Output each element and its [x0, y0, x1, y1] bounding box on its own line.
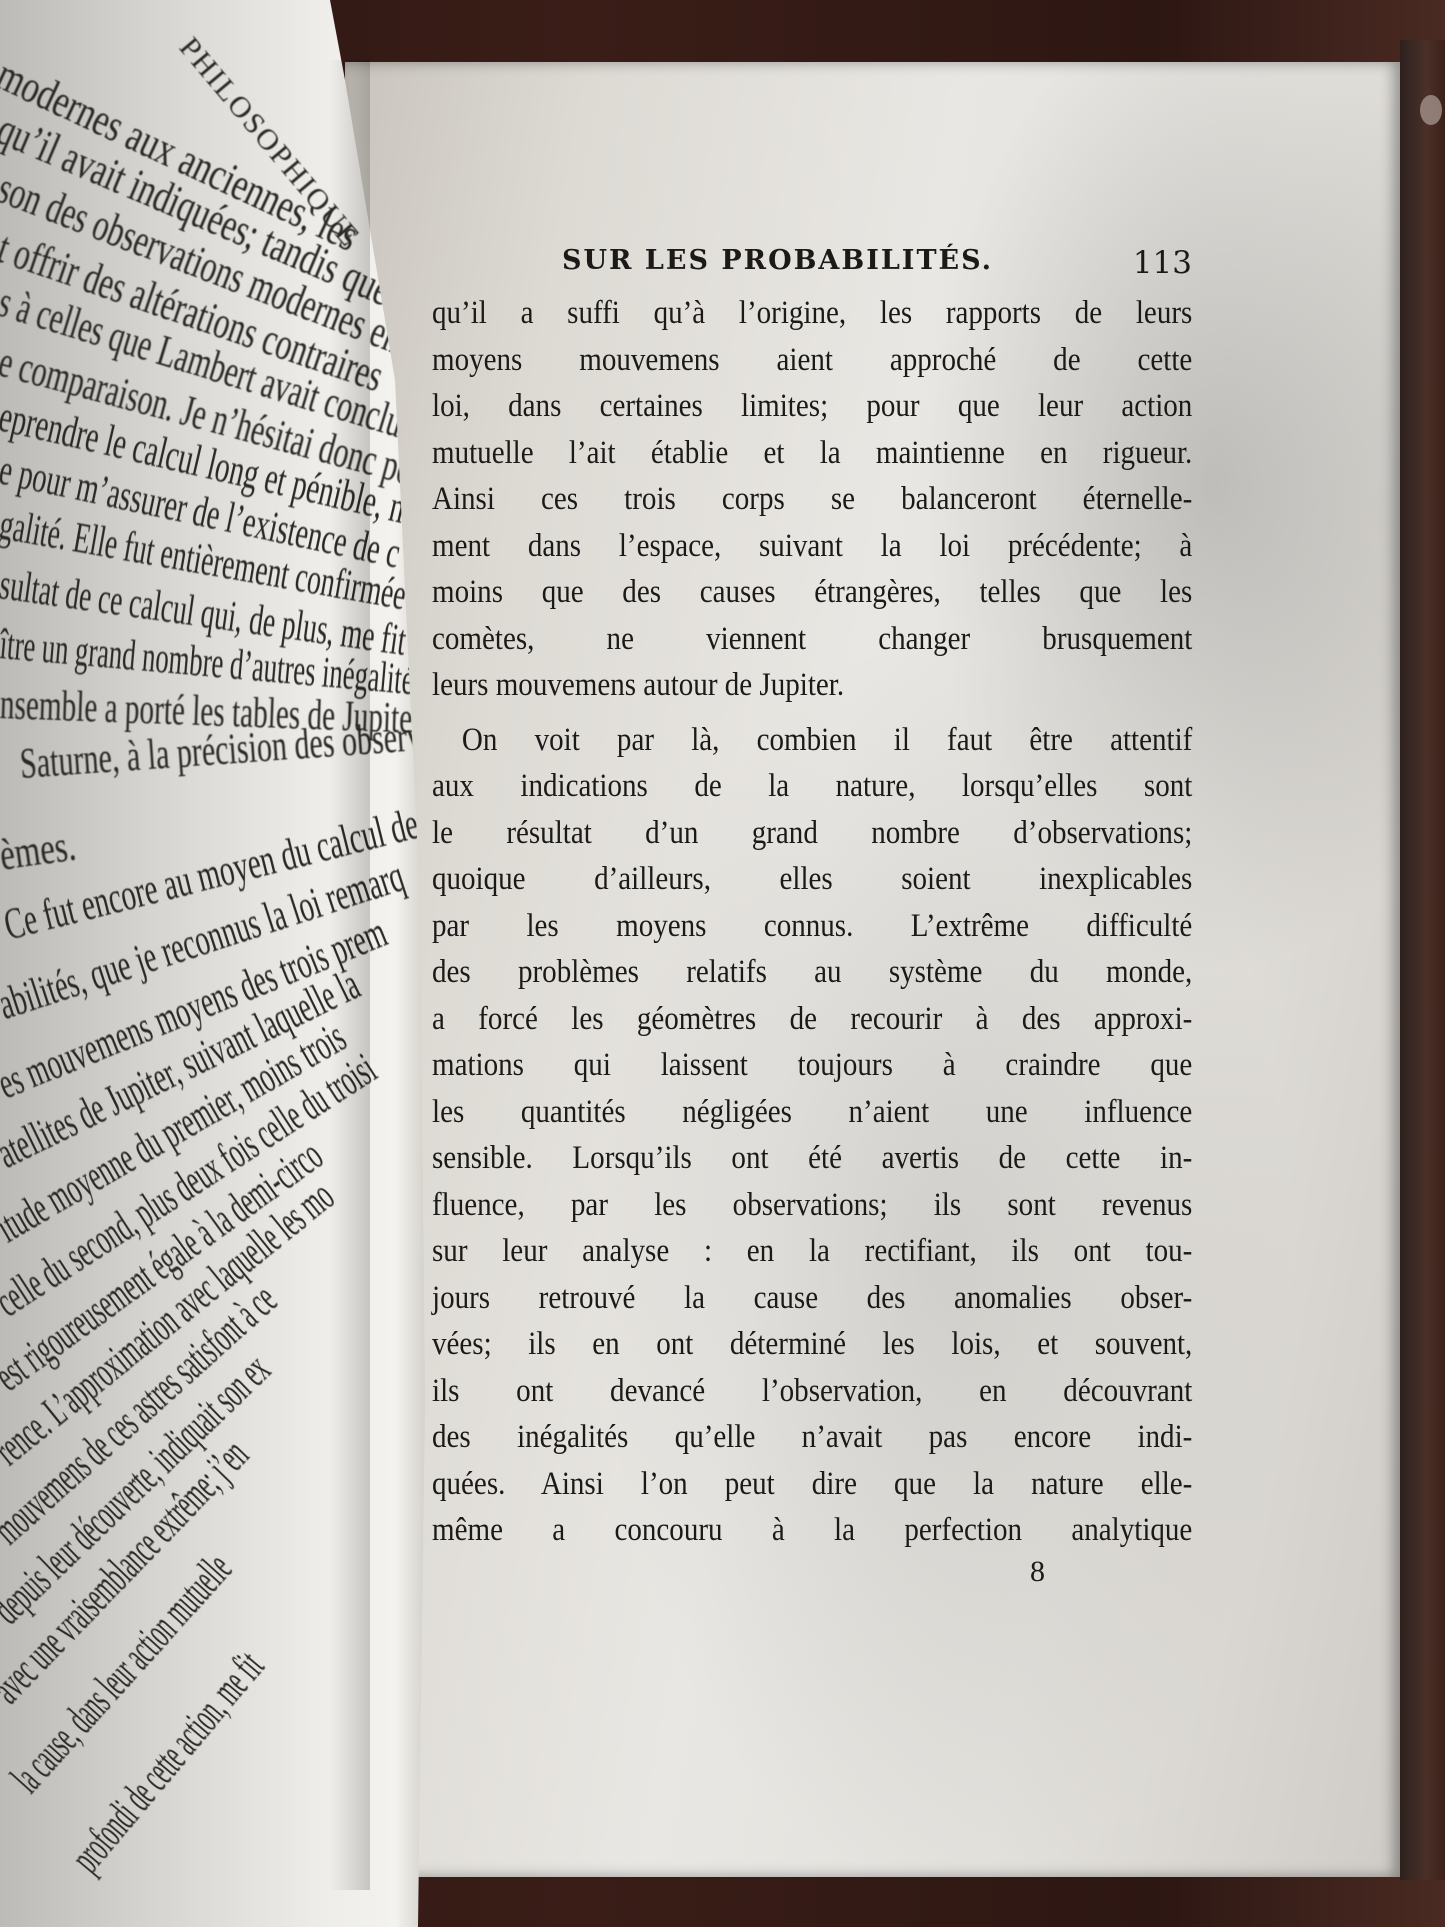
text-line: vées; ils en ont déterminé les lois, et … — [432, 1321, 1192, 1368]
text-line: aux indications de la nature, lorsqu’ell… — [432, 763, 1192, 810]
text-line: même a concouru à la perfection analytiq… — [432, 1507, 1192, 1554]
text-line: sensible. Lorsqu’ils ont été avertis de … — [432, 1135, 1192, 1182]
paragraph-start-line: On voit par là, combien il faut être att… — [432, 717, 1192, 764]
text-line: fluence, par les observations; ils sont … — [432, 1182, 1192, 1229]
text-line: Ainsi ces trois corps se balanceront éte… — [432, 476, 1192, 523]
running-head: SUR LES PROBABILITÉS. 113 — [432, 245, 1192, 290]
text-line: comètes, ne viennent changer brusquement — [432, 616, 1192, 663]
text-line: mutuelle l’ait établie et la maintienne … — [432, 430, 1192, 477]
text-line: qu’il a suffi qu’à l’origine, les rappor… — [432, 290, 1192, 337]
right-page-text: SUR LES PROBABILITÉS. 113 qu’il a suffi … — [432, 245, 1192, 1554]
text-line: des inégalités qu’elle n’avait pas encor… — [432, 1414, 1192, 1461]
cover-wear-spot — [1420, 95, 1442, 125]
text-line: moyens mouvemens aient approché de cette — [432, 337, 1192, 384]
text-line: a forcé les géomètres de recourir à des … — [432, 996, 1192, 1043]
text-line: mations qui laissent toujours à craindre… — [432, 1042, 1192, 1089]
text-line: par les moyens connus. L’extrême difficu… — [432, 903, 1192, 950]
text-line: jours retrouvé la cause des anomalies ob… — [432, 1275, 1192, 1322]
text-line: quoique d’ailleurs, elles soient inexpli… — [432, 856, 1192, 903]
page-number: 113 — [1133, 245, 1192, 281]
cover-edge — [1400, 40, 1445, 1880]
text-line: moins que des causes étrangères, telles … — [432, 569, 1192, 616]
text-line: des problèmes relatifs au système du mon… — [432, 949, 1192, 996]
text-line: les quantités négligées n’aient une infl… — [432, 1089, 1192, 1136]
left-text-line: èmes. — [0, 820, 79, 881]
text-line: le résultat d’un grand nombre d’observat… — [432, 810, 1192, 857]
text-line: ils ont devancé l’observation, en découv… — [432, 1368, 1192, 1415]
signature-mark: 8 — [1030, 1555, 1045, 1589]
text-line: leurs mouvemens autour de Jupiter. — [432, 662, 1192, 709]
text-line: ment dans l’espace, suivant la loi précé… — [432, 523, 1192, 570]
text-line: quées. Ainsi l’on peut dire que la natur… — [432, 1461, 1192, 1508]
text-line: loi, dans certaines limites; pour que le… — [432, 383, 1192, 430]
text-line: sur leur analyse : en la rectifiant, ils… — [432, 1228, 1192, 1275]
running-head-title: SUR LES PROBABILITÉS. — [562, 245, 993, 276]
gutter-shadow — [330, 60, 370, 1890]
